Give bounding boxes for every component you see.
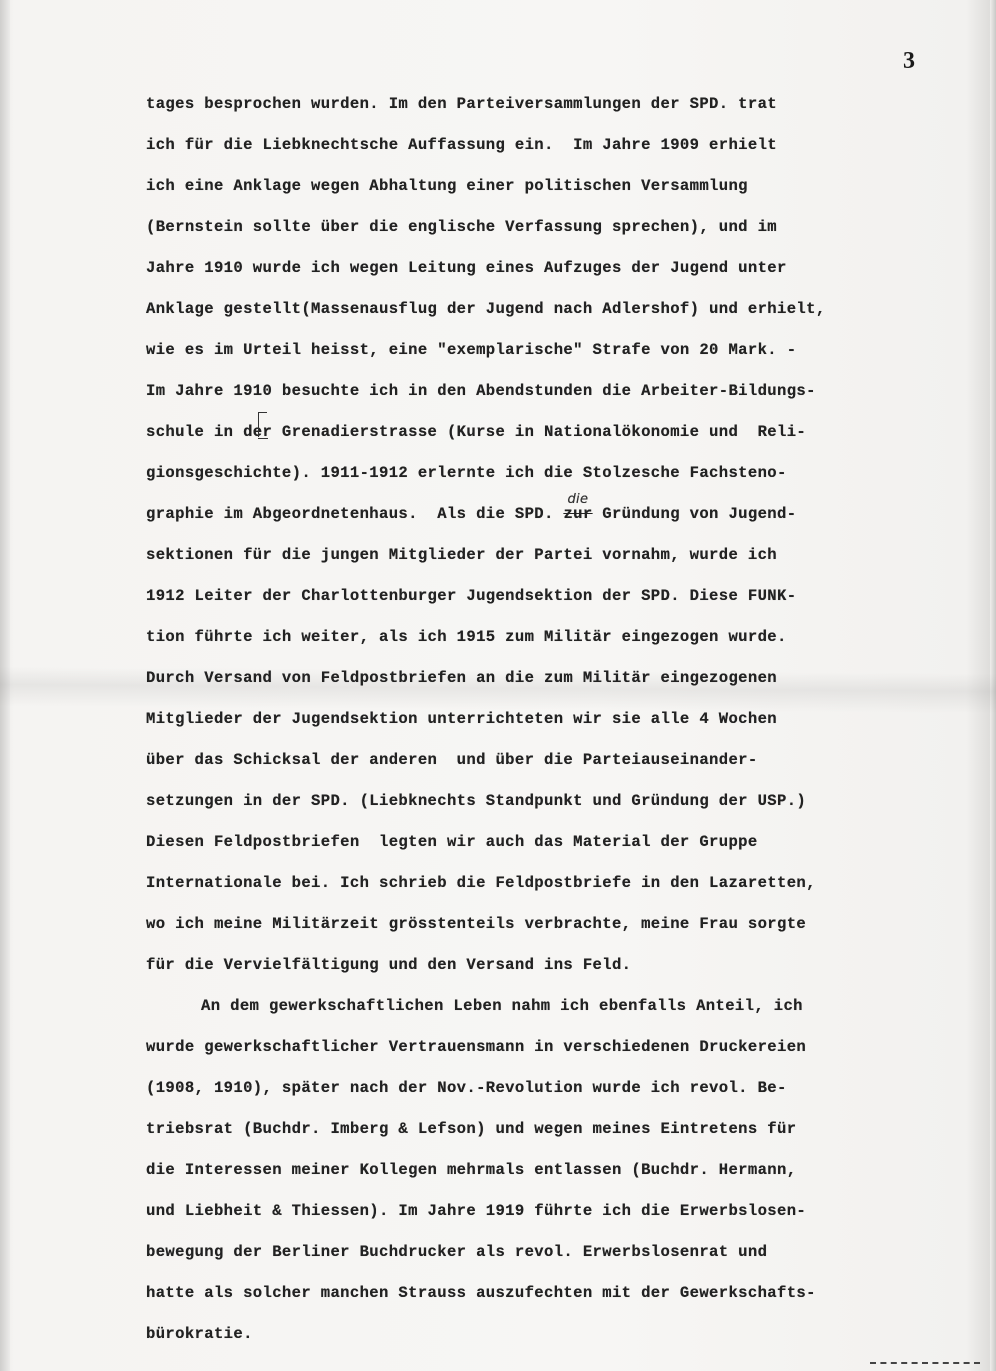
text-line: die Interessen meiner Kollegen mehrmals … (146, 1155, 976, 1196)
text-line: Internationale bei. Ich schrieb die Feld… (146, 868, 976, 909)
text-line: wie es im Urteil heisst, eine "exemplari… (146, 335, 976, 376)
text-line: setzungen in der SPD. (Liebknechts Stand… (146, 786, 976, 827)
typewritten-body: tages besprochen wurden. Im den Parteive… (146, 89, 976, 1360)
text-segment: graphie im Abgeordnetenhaus. Als die SPD… (146, 505, 563, 523)
text-line: (Bernstein sollte über die englische Ver… (146, 212, 976, 253)
text-line: Im Jahre 1910 besuchte ich in den Abends… (146, 376, 976, 417)
text-line: Jahre 1910 wurde ich wegen Leitung eines… (146, 253, 976, 294)
text-line: ich eine Anklage wegen Abhaltung einer p… (146, 171, 976, 212)
text-line: Mitglieder der Jugendsektion unterrichte… (146, 704, 976, 745)
text-line: tion führte ich weiter, als ich 1915 zum… (146, 622, 976, 663)
text-line-with-correction: graphie im Abgeordnetenhaus. Als die SPD… (146, 499, 976, 540)
page-number: 3 (903, 48, 915, 75)
text-line: hatte als solcher manchen Strauss auszuf… (146, 1278, 976, 1319)
text-line: für die Vervielfältigung und den Versand… (146, 950, 976, 991)
text-line: über das Schicksal der anderen und über … (146, 745, 976, 786)
text-line: triebsrat (Buchdr. Imberg & Lefson) und … (146, 1114, 976, 1155)
text-line: sektionen für die jungen Mitglieder der … (146, 540, 976, 581)
scan-artifact (870, 1362, 980, 1370)
text-line: bürokratie. (146, 1319, 976, 1360)
text-line: (1908, 1910), später nach der Nov.-Revol… (146, 1073, 976, 1114)
text-line: Diesen Feldpostbriefen legten wir auch d… (146, 827, 976, 868)
text-line: wo ich meine Militärzeit grösstenteils v… (146, 909, 976, 950)
text-line: und Liebheit & Thiessen). Im Jahre 1919 … (146, 1196, 976, 1237)
text-line: wurde gewerkschaftlicher Vertrauensmann … (146, 1032, 976, 1073)
text-line: ich für die Liebknechtsche Auffassung ei… (146, 130, 976, 171)
handwritten-insert: die (567, 485, 588, 515)
text-line: bewegung der Berliner Buchdrucker als re… (146, 1237, 976, 1278)
text-line: Durch Versand von Feldpostbriefen an die… (146, 663, 976, 704)
text-line: 1912 Leiter der Charlottenburger Jugends… (146, 581, 976, 622)
paragraph-start-line: An dem gewerkschaftlichen Leben nahm ich… (146, 991, 976, 1032)
text-line: tages besprochen wurden. Im den Parteive… (146, 89, 976, 130)
text-segment: Gründung von Jugend- (593, 505, 797, 523)
handwritten-bracket-mark (258, 412, 267, 437)
text-line: Anklage gestellt(Massenausflug der Jugen… (146, 294, 976, 335)
text-line: schule in der Grenadierstrasse (Kurse in… (146, 417, 976, 458)
text-line: gionsgeschichte). 1911-1912 erlernte ich… (146, 458, 976, 499)
scanned-page: 3 tages besprochen wurden. Im den Partei… (0, 0, 996, 1371)
